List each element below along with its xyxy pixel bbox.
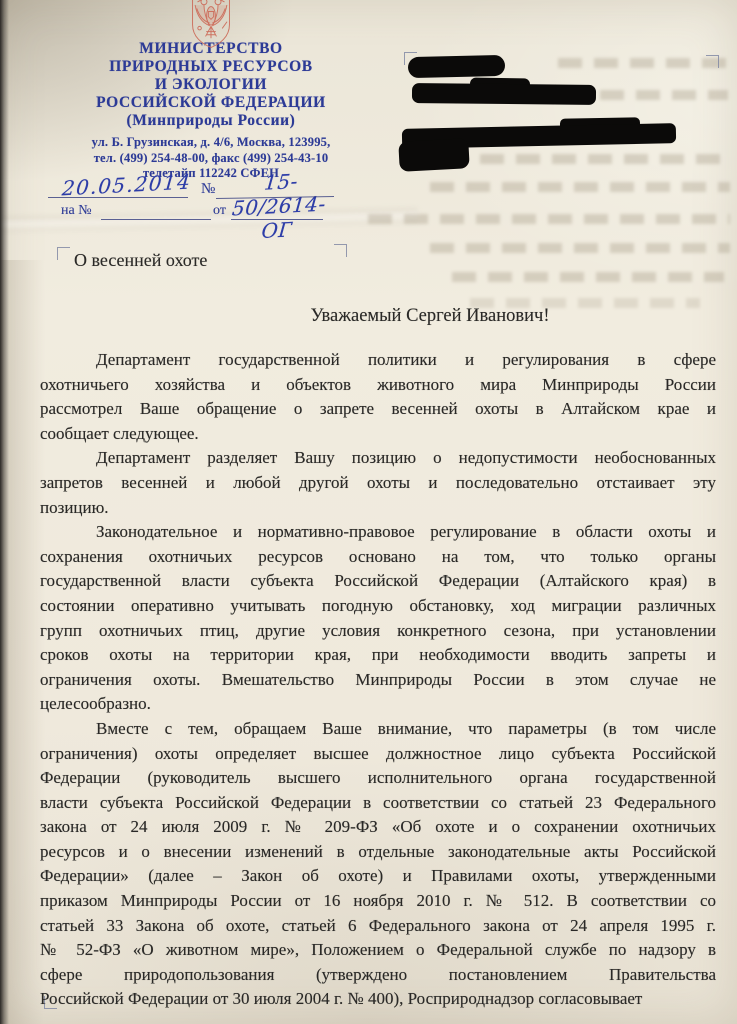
salutation: Уважаемый Сергей Иванович!: [180, 306, 680, 327]
text-line: власти субъекта Российской Федерации в с…: [40, 791, 716, 816]
show-through-text: [368, 214, 730, 224]
show-through-text: [480, 154, 728, 164]
text-line: сроков охоты на территории края, при нео…: [40, 643, 716, 668]
show-through-text: [600, 90, 728, 100]
corner-mark: [334, 244, 347, 257]
text-line: Федерации» (далее – Закон об охоте) и Пр…: [40, 864, 716, 889]
redaction-stroke: [412, 83, 596, 105]
coat-of-arms-icon: [186, 0, 236, 51]
paper-sheet: МИНИСТЕРСТВОПРИРОДНЫХ РЕСУРСОВИ ЭКОЛОГИИ…: [0, 0, 737, 1024]
number-sign: №: [201, 181, 215, 198]
corner-mark: [404, 52, 417, 65]
show-through-text: [430, 182, 730, 192]
text-line: групп охотничьих птиц, другие условия ко…: [40, 619, 716, 644]
text-line: сохранения охотничьих ресурсов основано …: [40, 545, 716, 570]
corner-mark: [706, 55, 719, 68]
ministry-line: РОССИЙСКОЙ ФЕДЕРАЦИИ: [46, 94, 376, 112]
text-line: государственной власти субъекта Российск…: [40, 569, 716, 594]
text-line: Вместе с тем, обращаем Ваше внимание, чт…: [40, 717, 716, 742]
text-line: охотничьего хозяйства и объектов животно…: [40, 373, 716, 398]
text-line: целесообразно.: [40, 692, 716, 717]
from-underline: [231, 219, 323, 220]
paragraph: Вместе с тем, обращаем Ваше внимание, чт…: [40, 717, 716, 1012]
text-line: Законодательное и нормативно-правовое ре…: [40, 520, 716, 545]
contact-line: ул. Б. Грузинская, д. 4/6, Москва, 12399…: [46, 135, 376, 151]
ministry-line: И ЭКОЛОГИИ: [46, 76, 376, 94]
show-through-text: [452, 272, 724, 282]
text-line: Департамент государственной политики и р…: [40, 348, 716, 373]
letter-number-handwritten: 15-50/2614-ОГ: [216, 167, 342, 246]
text-line: закона от 24 июля 2009 г. № 209-ФЗ «Об о…: [40, 815, 716, 840]
text-line: состоянии оперативно учитывать погодную …: [40, 594, 716, 619]
subject-line: О весенней охоте: [74, 250, 207, 271]
text-line: рассмотрел Ваше обращение о запрете весе…: [40, 397, 716, 422]
text-line: Департамент разделяет Вашу позицию о нед…: [40, 446, 716, 471]
show-through-text: [558, 58, 726, 68]
text-line: сообщает следующее.: [40, 422, 716, 447]
redaction-stroke: [408, 55, 505, 78]
redaction-stroke: [398, 138, 469, 172]
text-line: ограничения) охоты определяет высшее дол…: [40, 742, 716, 767]
text-line: запретов весенней и любой другой охоты и…: [40, 471, 716, 496]
text-line: приказом Минприроды России от 16 ноября …: [40, 889, 716, 914]
paragraph: Департамент государственной политики и р…: [40, 348, 716, 446]
scanned-letter: МИНИСТЕРСТВОПРИРОДНЫХ РЕСУРСОВИ ЭКОЛОГИИ…: [0, 0, 737, 1024]
reply-to-label: на №: [61, 203, 92, 219]
show-through-text: [430, 243, 730, 253]
text-line: Российской Федерации от 30 июля 2004 г. …: [40, 987, 716, 1012]
text-line: ресурсов и о внесении изменений в отдель…: [40, 840, 716, 865]
text-line: Федерации (руководитель высшего исполнит…: [40, 766, 716, 791]
corner-mark: [57, 247, 70, 260]
text-line: статьей 33 Закона об охоте, статьей 6 Фе…: [40, 914, 716, 939]
contact-line: тел. (499) 254-48-00, факс (499) 254-43-…: [46, 151, 376, 167]
text-line: позицию.: [40, 496, 716, 521]
paragraph: Законодательное и нормативно-правовое ре…: [40, 520, 716, 717]
paragraph: Департамент разделяет Вашу позицию о нед…: [40, 446, 716, 520]
date-underline: [48, 197, 188, 198]
ministry-line: (Минприроды России): [46, 112, 376, 130]
body-paragraphs: Департамент государственной политики и р…: [40, 348, 716, 1012]
from-label: от: [213, 203, 226, 219]
text-line: сфере природопользования (утверждено пос…: [40, 963, 716, 988]
ministry-line: ПРИРОДНЫХ РЕСУРСОВ: [46, 58, 376, 76]
text-line: № 52-ФЗ «О животном мире», Положением о …: [40, 938, 716, 963]
scan-left-edge: [0, 0, 9, 1024]
reply-to-underline: [101, 219, 211, 220]
text-line: ограничения охоты. Вмешательство Минприр…: [40, 668, 716, 693]
letterhead: МИНИСТЕРСТВОПРИРОДНЫХ РЕСУРСОВИ ЭКОЛОГИИ…: [46, 0, 376, 182]
